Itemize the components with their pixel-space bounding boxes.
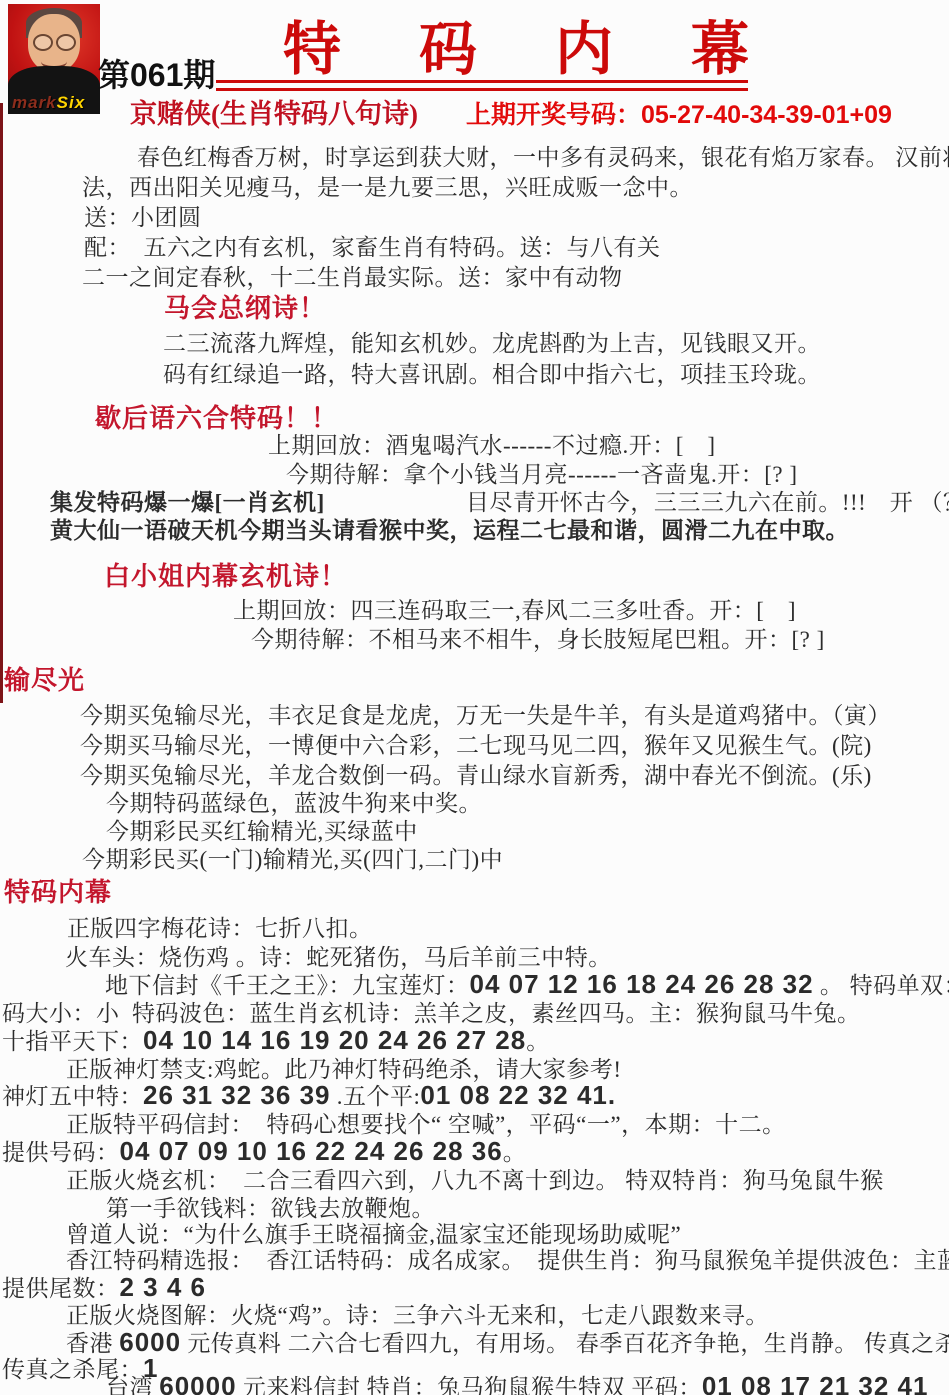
insider-line: 正版火烧玄机： 二合三看四六到，八九不离十到边。 特双特肖：狗马兔鼠牛猴 <box>66 1167 884 1195</box>
text-segment: 神灯五中特： <box>2 1084 143 1109</box>
insider-line: 神灯五中特：26 31 32 36 39 .五个平:01 08 22 32 41… <box>2 1081 616 1111</box>
text-segment: 地下信封《千王之王》：九宝莲灯： <box>105 973 470 998</box>
last-draw-numbers: 上期开奖号码：05-27-40-34-39-01+09 <box>466 95 892 131</box>
insider-line: 火车头：烧伤鸡 。诗：蛇死猪伤，马后羊前三中特。 <box>65 944 612 972</box>
text-segment: 元传真料 二六合七看四九，有用场。 春季百花齐争艳，生肖静。 传真之杀肖：鸡 <box>181 1331 949 1356</box>
text-segment: 04 10 14 16 19 20 24 26 27 28 <box>143 1025 526 1055</box>
text-segment: .五个平: <box>331 1084 421 1109</box>
left-red-rule <box>0 103 3 703</box>
brand-word-six: Six <box>57 93 86 112</box>
insider-line: 十指平天下：04 10 14 16 19 20 24 26 27 28。 <box>2 1026 550 1056</box>
insider-line: 提供号码：04 07 09 10 16 22 24 26 28 36。 <box>2 1137 526 1167</box>
insider-line: 香江特码精选报： 香江话特码：成名成家。 提供生肖：狗马鼠猴兔羊提供波色：主蓝防… <box>66 1247 949 1275</box>
glasses-left-lens-icon <box>33 34 53 51</box>
riddle-line: 上期回放：酒鬼喝汽水------不过瘾.开：[ ] <box>268 432 716 460</box>
author-heading: 京赌侠(生肖特码八句诗) <box>130 92 418 131</box>
insider-line: 台湾 60000 元来料信封 特肖：兔马狗鼠猴牛特双 平码：01 08 17 2… <box>106 1372 928 1395</box>
text-segment: 。 <box>526 1029 550 1054</box>
text-segment: 提供尾数： <box>2 1276 120 1301</box>
section-heading-xiehouyu: 歇后语六合特码！！ <box>95 398 338 435</box>
poem-line: 法，西出阳关见瘦马，是一是九要三思，兴旺成贩一念中。 <box>82 174 693 202</box>
section-heading-neimu: 特码内幕 <box>4 872 112 909</box>
text-segment: 。 <box>503 1140 527 1165</box>
insider-line: 正版四字梅花诗：七折八扣。 <box>67 915 373 943</box>
brand-word-mark: mark <box>12 93 57 112</box>
riddle-line: 集发特码爆一爆[一肖玄机] 目尽青开怀古今，三三三九六在前。!!! 开 （？？） <box>50 489 949 517</box>
text-segment: 04 07 09 10 16 22 24 26 28 36 <box>120 1136 503 1166</box>
text-segment: 。 特码单双：双 特 <box>814 973 949 998</box>
poem-line: 送：小团圆 <box>84 204 202 232</box>
riddle-line: 黄大仙一语破天机今期当头请看猴中奖，运程二七最和谐，圆滑二九在中取。 <box>50 517 849 545</box>
glasses-right-lens-icon <box>56 34 76 51</box>
brand-wordmark: markSix <box>12 93 85 113</box>
insider-line: 正版火烧图解：火烧“鸡”。诗：三争六斗无来和，七走八跟数来寻。 <box>66 1302 769 1330</box>
insider-line: 曾道人说：“为什么旗手王晓福摘金,温家宝还能现场助威呢” <box>66 1221 681 1249</box>
insider-line: 地下信封《千王之王》：九宝莲灯：04 07 12 16 18 24 26 28 … <box>105 970 949 1000</box>
text-segment: 01 08 17 21 32 41 <box>702 1371 929 1395</box>
text-segment: 集发特码爆一爆[一肖玄机] <box>50 490 325 515</box>
text-segment: 60000 <box>159 1371 236 1395</box>
text-segment: 2 3 4 6 <box>120 1272 207 1302</box>
page-title: 特码内幕 <box>283 2 827 86</box>
text-segment <box>325 490 466 515</box>
marksix-logo: markSix <box>8 4 100 114</box>
riddle-line: 今期待解：不相马来不相牛，身长肢短尾巴粗。开：[? ] <box>251 626 825 654</box>
insider-line: 第一手欲钱料：欲钱去放鞭炮。 <box>106 1195 435 1223</box>
text-segment: 04 07 12 16 18 24 26 28 32 <box>470 969 814 999</box>
text-segment: 01 08 22 32 41. <box>420 1080 616 1110</box>
text-segment: 26 31 32 36 39 <box>143 1080 331 1110</box>
insider-line: 码大小：小 特码波色：蓝生肖玄机诗：羔羊之皮，素丝四马。主：猴狗鼠马牛兔。 <box>2 1000 861 1028</box>
riddle-line: 今期待解：拿个小钱当月亮------一吝啬鬼.开：[? ] <box>286 461 797 489</box>
section-heading-mahui: 马会总纲诗！ <box>164 288 326 325</box>
tip-line: 今期买兔输尽光，羊龙合数倒一码。青山绿水盲新秀，湖中春光不倒流。(乐) <box>80 762 872 790</box>
riddle-line: 上期回放：四三连码取三一,春风二三多吐香。开：[ ] <box>233 597 796 625</box>
text-segment: 十指平天下： <box>2 1029 143 1054</box>
text-segment: 台湾 <box>106 1375 159 1395</box>
poem-line: 二三流落九辉煌，能知玄机妙。龙虎斟酌为上吉，见钱眼又开。 <box>163 330 821 358</box>
section-heading-shujinguang: 输尽光 <box>4 660 85 697</box>
tip-sheet-page: markSix 第061期 特码内幕 京赌侠(生肖特码八句诗) 上期开奖号码：0… <box>0 0 949 1395</box>
text-segment: 元来料信封 特肖：兔马狗鼠猴牛特双 平码： <box>237 1375 702 1395</box>
insider-line: 提供尾数：2 3 4 6 <box>2 1273 206 1303</box>
title-double-underline <box>216 80 748 91</box>
text-segment: 香港 <box>66 1331 119 1356</box>
tip-line: 今期彩民买红输精光,买绿蓝中 <box>106 818 418 846</box>
issue-number: 第061期 <box>98 50 215 96</box>
tip-line: 今期特码蓝绿色，蓝波牛狗来中奖。 <box>106 790 482 818</box>
tip-line: 今期买兔输尽光，丰衣足食是龙虎，万无一失是牛羊，有头是道鸡猪中。（寅） <box>80 702 891 730</box>
insider-line: 正版特平码信封： 特码心想要找个“ 空喊”，平码“一”，本期：十二。 <box>66 1111 786 1139</box>
text-segment: 提供号码： <box>2 1140 120 1165</box>
tip-line: 今期买马输尽光，一博便中六合彩，二七现马见二四，猴年又见猴生气。(院) <box>80 732 872 760</box>
poem-line: 码有红绿追一路，特大喜讯剧。相合即中指六七，项挂玉玲珑。 <box>163 361 821 389</box>
section-heading-baixiaojie: 白小姐内幕玄机诗！ <box>104 556 347 593</box>
insider-line: 香港 6000 元传真料 二六合七看四九，有用场。 春季百花齐争艳，生肖静。 传… <box>66 1328 949 1358</box>
poem-line: 配： 五六之内有玄机，家畜生肖有特码。送：与八有关 <box>84 234 661 262</box>
text-segment: 目尽青开怀古今，三三三九六在前。!!! 开 （？？） <box>466 490 949 515</box>
poem-line: 春色红梅香万树，时享运到获大财，一中多有灵码来，银花有焰万家春。 汉前将军多说 <box>137 144 949 172</box>
tip-line: 今期彩民买(一门)输精光,买(四门,二门)中 <box>82 846 503 874</box>
